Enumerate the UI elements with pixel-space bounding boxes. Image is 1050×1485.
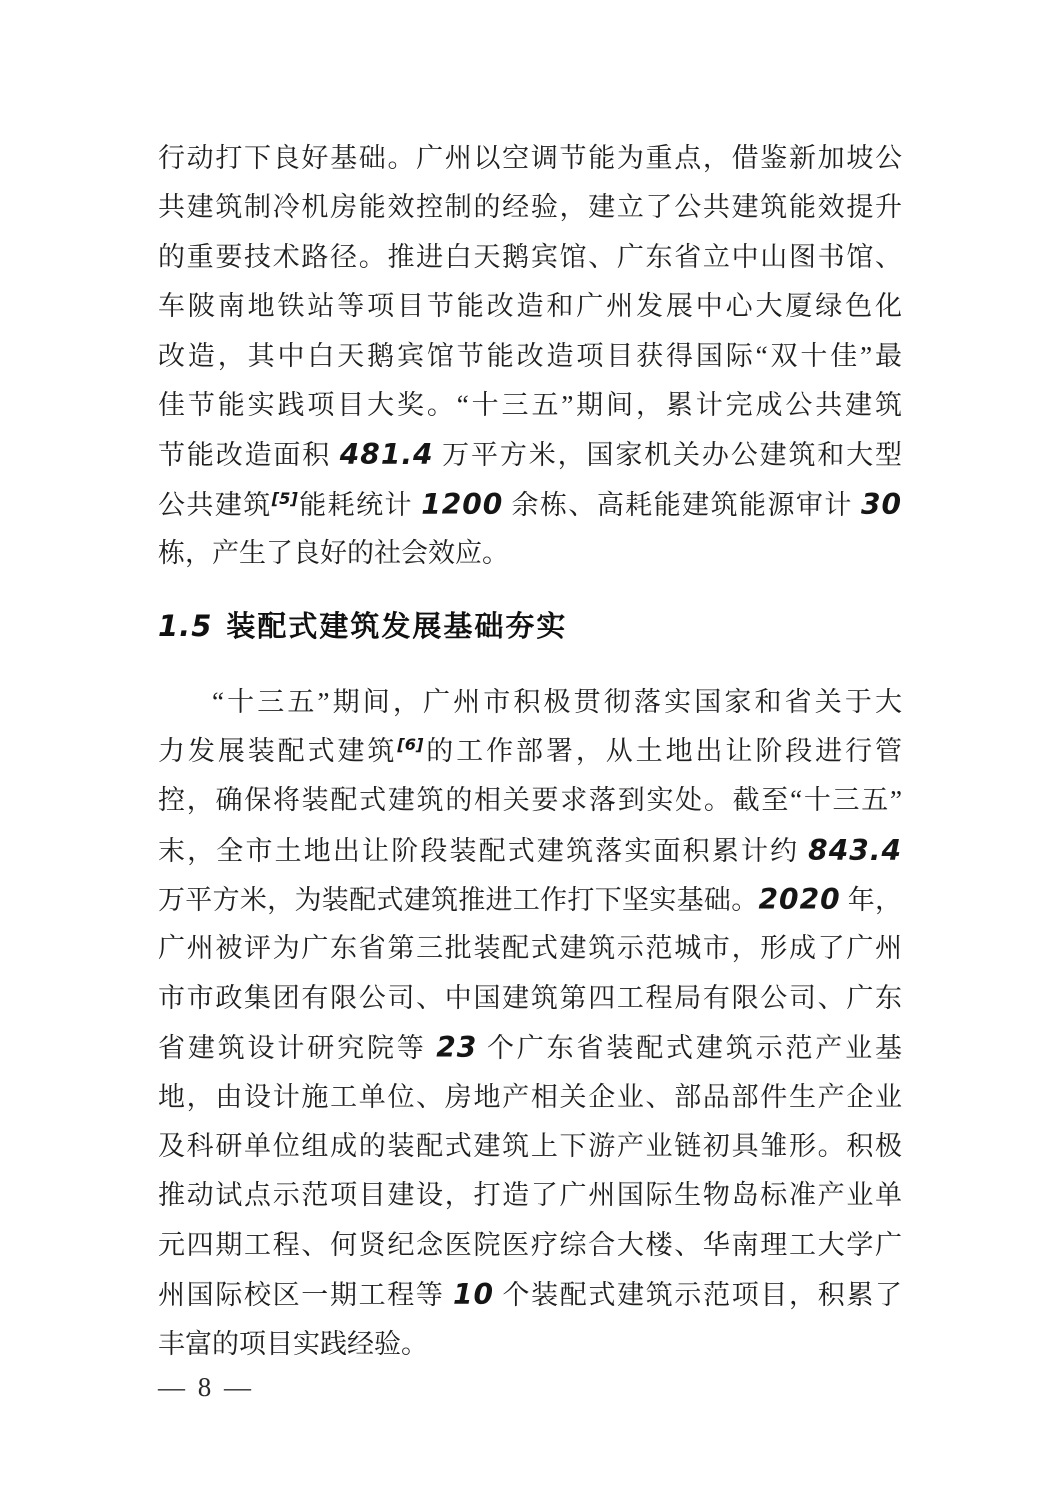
body-text: 公共建筑 — [158, 490, 272, 520]
text-line: 共建筑制冷机房能效控制的经验，建立了公共建筑能效提升 — [158, 183, 902, 232]
body-text: 推动试点示范项目建设，打造了广州国际生物岛标准产业单 — [158, 1180, 902, 1210]
body-text: 个广东省装配式建筑示范产业基 — [477, 1033, 902, 1063]
section-heading: 1.5装配式建筑发展基础夯实 — [158, 603, 902, 655]
body-text: 个装配式建筑示范项目，积累了 — [494, 1280, 902, 1310]
text-line: 广州被评为广东省第三批装配式建筑示范城市，形成了广州 — [158, 924, 902, 973]
paragraph-prefabricated-building-development: “十三五”期间，广州市积极贯彻落实国家和省关于大力发展装配式建筑[6]的工作部署… — [158, 678, 902, 1369]
body-text: 车陂南地铁站等项目节能改造和广州发展中心大厦绿色化 — [158, 291, 902, 321]
handwritten-number: 481.4 — [340, 438, 434, 471]
body-text: 控，确保将装配式建筑的相关要求落到实处。截至“十三五” — [158, 785, 902, 815]
text-line: 推动试点示范项目建设，打造了广州国际生物岛标准产业单 — [158, 1171, 902, 1220]
body-text: 万平方米，为装配式建筑推进工作打下坚实基础。 — [158, 885, 759, 915]
body-text: 省建筑设计研究院等 — [158, 1033, 436, 1063]
body-text: 能耗统计 — [298, 490, 421, 520]
body-text: 丰富的项目实践经验。 — [158, 1329, 428, 1359]
handwritten-number: 843.4 — [808, 834, 902, 867]
section-number: 1.5 — [158, 609, 212, 643]
text-line: 市市政集团有限公司、中国建筑第四工程局有限公司、广东 — [158, 974, 902, 1023]
handwritten-number: 23 — [436, 1031, 477, 1064]
body-text: 地，由设计施工单位、房地产相关企业、部品部件生产企业 — [158, 1082, 902, 1112]
text-block: 行动打下良好基础。广州以空调节能为重点，借鉴新加坡公共建筑制冷机房能效控制的经验… — [158, 134, 902, 1369]
text-line: 元四期工程、何贤纪念医院医疗综合大楼、华南理工大学广 — [158, 1221, 902, 1270]
body-text: 的工作部署，从土地出让阶段进行管 — [423, 736, 902, 766]
text-line: 控，确保将装配式建筑的相关要求落到实处。截至“十三五” — [158, 776, 902, 825]
text-line: 万平方米，为装配式建筑推进工作打下坚实基础。2020 年， — [158, 875, 902, 924]
section-title: 装配式建筑发展基础夯实 — [226, 611, 567, 643]
body-text: 年， — [841, 885, 902, 915]
body-text: 改造，其中白天鹅宾馆节能改造项目获得国际“双十佳”最 — [158, 341, 902, 371]
body-text: “十三五”期间，广州市积极贯彻落实国家和省关于大 — [212, 687, 902, 717]
text-line: 节能改造面积 481.4 万平方米，国家机关办公建筑和大型 — [158, 430, 902, 479]
handwritten-number: 10 — [453, 1278, 494, 1311]
text-line: 行动打下良好基础。广州以空调节能为重点，借鉴新加坡公 — [158, 134, 902, 183]
citation-superscript: [6] — [397, 735, 423, 754]
text-line: 佳节能实践项目大奖。“十三五”期间，累计完成公共建筑 — [158, 381, 902, 430]
body-text: 及科研单位组成的装配式建筑上下游产业链初具雏形。积极 — [158, 1131, 902, 1161]
citation-superscript: [5] — [272, 489, 298, 508]
text-line: 末，全市土地出让阶段装配式建筑落实面积累计约 843.4 — [158, 826, 902, 875]
body-text: 万平方米，国家机关办公建筑和大型 — [434, 440, 902, 470]
text-line: 栋，产生了良好的社会效应。 — [158, 529, 902, 578]
text-line: 州国际校区一期工程等 10 个装配式建筑示范项目，积累了 — [158, 1270, 902, 1319]
text-line: 省建筑设计研究院等 23 个广东省装配式建筑示范产业基 — [158, 1023, 902, 1072]
text-line: 及科研单位组成的装配式建筑上下游产业链初具雏形。积极 — [158, 1122, 902, 1171]
body-text: 行动打下良好基础。广州以空调节能为重点，借鉴新加坡公 — [158, 143, 902, 173]
body-text: 栋，产生了良好的社会效应。 — [158, 538, 509, 568]
body-text: 佳节能实践项目大奖。“十三五”期间，累计完成公共建筑 — [158, 390, 902, 420]
body-text: 节能改造面积 — [158, 440, 340, 470]
text-line: 地，由设计施工单位、房地产相关企业、部品部件生产企业 — [158, 1073, 902, 1122]
text-line: 丰富的项目实践经验。 — [158, 1320, 902, 1369]
handwritten-number: 30 — [861, 488, 902, 521]
text-line: 力发展装配式建筑[6]的工作部署，从土地出让阶段进行管 — [158, 727, 902, 776]
body-text: 力发展装配式建筑 — [158, 736, 397, 766]
handwritten-number: 2020 — [759, 883, 841, 916]
body-text: 余栋、高耗能建筑能源审计 — [503, 490, 861, 520]
document-page: 行动打下良好基础。广州以空调节能为重点，借鉴新加坡公共建筑制冷机房能效控制的经验… — [0, 0, 1050, 1485]
text-line: “十三五”期间，广州市积极贯彻落实国家和省关于大 — [158, 678, 902, 727]
text-line: 的重要技术路径。推进白天鹅宾馆、广东省立中山图书馆、 — [158, 233, 902, 282]
body-text: 的重要技术路径。推进白天鹅宾馆、广东省立中山图书馆、 — [158, 242, 902, 272]
text-line: 公共建筑[5]能耗统计 1200 余栋、高耗能建筑能源审计 30 — [158, 480, 902, 529]
body-text: 元四期工程、何贤纪念医院医疗综合大楼、华南理工大学广 — [158, 1230, 902, 1260]
handwritten-number: 1200 — [421, 488, 503, 521]
body-text: 广州被评为广东省第三批装配式建筑示范城市，形成了广州 — [158, 933, 902, 963]
body-text: 共建筑制冷机房能效控制的经验，建立了公共建筑能效提升 — [158, 192, 902, 222]
text-line: 车陂南地铁站等项目节能改造和广州发展中心大厦绿色化 — [158, 282, 902, 331]
body-text: 末，全市土地出让阶段装配式建筑落实面积累计约 — [158, 836, 808, 866]
text-line: 改造，其中白天鹅宾馆节能改造项目获得国际“双十佳”最 — [158, 332, 902, 381]
body-text: 市市政集团有限公司、中国建筑第四工程局有限公司、广东 — [158, 983, 902, 1013]
page-number: — 8 — — [158, 1372, 254, 1402]
body-text: 州国际校区一期工程等 — [158, 1280, 453, 1310]
paragraph-public-building-energy-retrofit: 行动打下良好基础。广州以空调节能为重点，借鉴新加坡公共建筑制冷机房能效控制的经验… — [158, 134, 902, 579]
